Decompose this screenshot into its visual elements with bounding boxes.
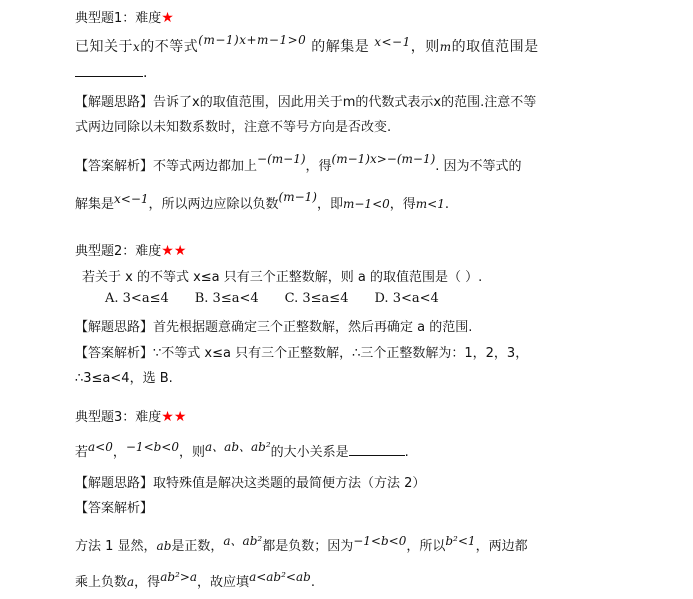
problem3-title: 典型题3：难度 <box>75 410 161 425</box>
math-expression: b²<1 <box>445 534 475 548</box>
text: 的大小关系是 <box>271 445 349 460</box>
difficulty-star-icon: ★★ <box>161 409 186 425</box>
problem3-thinking: 【解题思路】取特殊值是解决这类题的最简便方法（方法 2） <box>75 472 425 491</box>
problem3-answer-line1: 方法 1 显然，ab是正数，a、ab²都是负数；因为−1<b<0，所以b²<1，… <box>75 535 528 554</box>
math-expression: x<−1 <box>374 35 411 49</box>
thinking-text: 首先根据题意确定三个正整数解，然后再确定 a 的范围. <box>153 320 472 335</box>
option-d: D. 3<a<4 <box>374 291 438 306</box>
text: 的取值范围是 <box>452 39 539 55</box>
math-expression: x<−1 <box>114 192 149 206</box>
problem1-heading: 典型题1：难度★ <box>75 7 174 26</box>
thinking-label: 【解题思路】 <box>75 476 153 491</box>
math-expression: (m−1)x+m−1>0 <box>198 33 306 47</box>
problem3-question: 若a<0，−1<b<0，则a、ab、ab²的大小关系是. <box>75 441 409 460</box>
problem3-answer-label-line: 【答案解析】 <box>75 497 153 516</box>
math-expression: ab²>a <box>160 570 197 584</box>
problem2-answer-line2: ∴3≤a<4，选 B. <box>75 367 173 386</box>
problem1-answer-line1: 【答案解析】不等式两边都加上−(m−1)，得(m−1)x>−(m−1). 因为不… <box>75 155 522 174</box>
answer-text: ∵不等式 x≤a 只有三个正整数解，∴三个正整数解为：1，2，3， <box>153 346 528 361</box>
problem2-answer-line1: 【答案解析】∵不等式 x≤a 只有三个正整数解，∴三个正整数解为：1，2，3， <box>75 342 528 361</box>
math-expression: −(m−1) <box>257 152 306 166</box>
text: ，得 <box>390 197 416 212</box>
text: 是正数， <box>171 539 223 554</box>
text: 都是负数；因为 <box>262 539 353 554</box>
math-expression: a、ab² <box>223 534 262 548</box>
math-expression: m<1 <box>416 197 445 211</box>
answer-label: 【答案解析】 <box>75 501 153 516</box>
text: . <box>445 197 449 212</box>
text: 方法 1 显然， <box>75 539 157 554</box>
question-text: 若关于 x 的不等式 x≤a 只有三个正整数解，则 a 的取值范围是（ ）. <box>82 270 482 285</box>
problem2-question: 若关于 x 的不等式 x≤a 只有三个正整数解，则 a 的取值范围是（ ）. <box>82 266 482 285</box>
text: 乘上负数 <box>75 575 127 590</box>
text: 不等式两边都加上 <box>153 159 257 174</box>
math-expression: a<0 <box>88 440 113 454</box>
text: ，故应填 <box>197 575 249 590</box>
difficulty-star-icon: ★★ <box>161 243 186 259</box>
text: . <box>143 65 148 81</box>
var-m: m <box>440 40 452 54</box>
problem1-thinking-line1: 【解题思路】告诉了x的取值范围，因此用关于m的代数式表示x的范围.注意不等 <box>75 91 536 110</box>
math-expression: −1<b<0 <box>353 534 406 548</box>
text: ， <box>113 445 126 460</box>
answer-blank <box>75 64 143 77</box>
math-expression: a<ab²<ab <box>249 570 311 584</box>
answer-label: 【答案解析】 <box>75 159 153 174</box>
thinking-text: 告诉了x的取值范围，因此用关于m的代数式表示x的范围.注意不等 <box>153 95 536 110</box>
math-expression: a、ab、ab² <box>205 440 271 454</box>
text: ，得 <box>134 575 160 590</box>
text: 的不等式 <box>140 39 198 55</box>
option-a: A. 3<a≤4 <box>105 291 169 306</box>
option-b: B. 3≤a<4 <box>195 291 259 306</box>
problem3-answer-line2: 乘上负数a，得ab²>a，故应填a<ab²<ab. <box>75 571 315 590</box>
problem2-thinking: 【解题思路】首先根据题意确定三个正整数解，然后再确定 a 的范围. <box>75 316 472 335</box>
problem1-answer-line2: 解集是x<−1，所以两边应除以负数(m−1)，即m−1<0，得m<1. <box>75 193 449 212</box>
problem3-heading: 典型题3：难度★★ <box>75 406 186 425</box>
problem2-options: A. 3<a≤4B. 3≤a<4C. 3≤a≤4D. 3<a<4 <box>105 291 439 306</box>
math-expression: m−1<0 <box>343 197 390 211</box>
thinking-text: 式两边同除以未知数系数时，注意不等号方向是否改变. <box>75 120 391 135</box>
answer-text: ∴3≤a<4，选 B. <box>75 371 173 386</box>
text: 的解集是 <box>311 39 369 55</box>
thinking-text: 取特殊值是解决这类题的最简便方法（方法 2） <box>153 476 425 491</box>
text: . 因为不等式的 <box>435 159 521 174</box>
option-c: C. 3≤a≤4 <box>285 291 349 306</box>
text: ，则 <box>411 39 440 55</box>
problem1-title: 典型题1：难度 <box>75 11 161 26</box>
math-expression: −1<b<0 <box>126 440 179 454</box>
thinking-label: 【解题思路】 <box>75 95 153 110</box>
text: 解集是 <box>75 197 114 212</box>
answer-label: 【答案解析】 <box>75 346 153 361</box>
answer-blank-line: . <box>75 64 148 81</box>
problem2-heading: 典型题2：难度★★ <box>75 240 186 259</box>
text: . <box>311 575 315 590</box>
text: ，得 <box>306 159 332 174</box>
math-expression: ab <box>157 539 172 553</box>
text: ，所以 <box>406 539 445 554</box>
problem1-thinking-line2: 式两边同除以未知数系数时，注意不等号方向是否改变. <box>75 116 391 135</box>
math-expression: (m−1)x>−(m−1) <box>332 152 436 166</box>
text: 已知关于 <box>75 39 133 55</box>
math-expression: (m−1) <box>279 190 317 204</box>
text: ，即 <box>317 197 343 212</box>
text: 若 <box>75 445 88 460</box>
answer-blank <box>349 443 405 456</box>
thinking-label: 【解题思路】 <box>75 320 153 335</box>
difficulty-star-icon: ★ <box>161 10 174 26</box>
problem2-title: 典型题2：难度 <box>75 244 161 259</box>
text: ，则 <box>179 445 205 460</box>
text: ，两边都 <box>476 539 528 554</box>
text: . <box>405 445 409 460</box>
text: ，所以两边应除以负数 <box>149 197 279 212</box>
problem1-question: 已知关于x的不等式(m−1)x+m−1>0 的解集是 x<−1，则m的取值范围是 <box>75 36 539 56</box>
